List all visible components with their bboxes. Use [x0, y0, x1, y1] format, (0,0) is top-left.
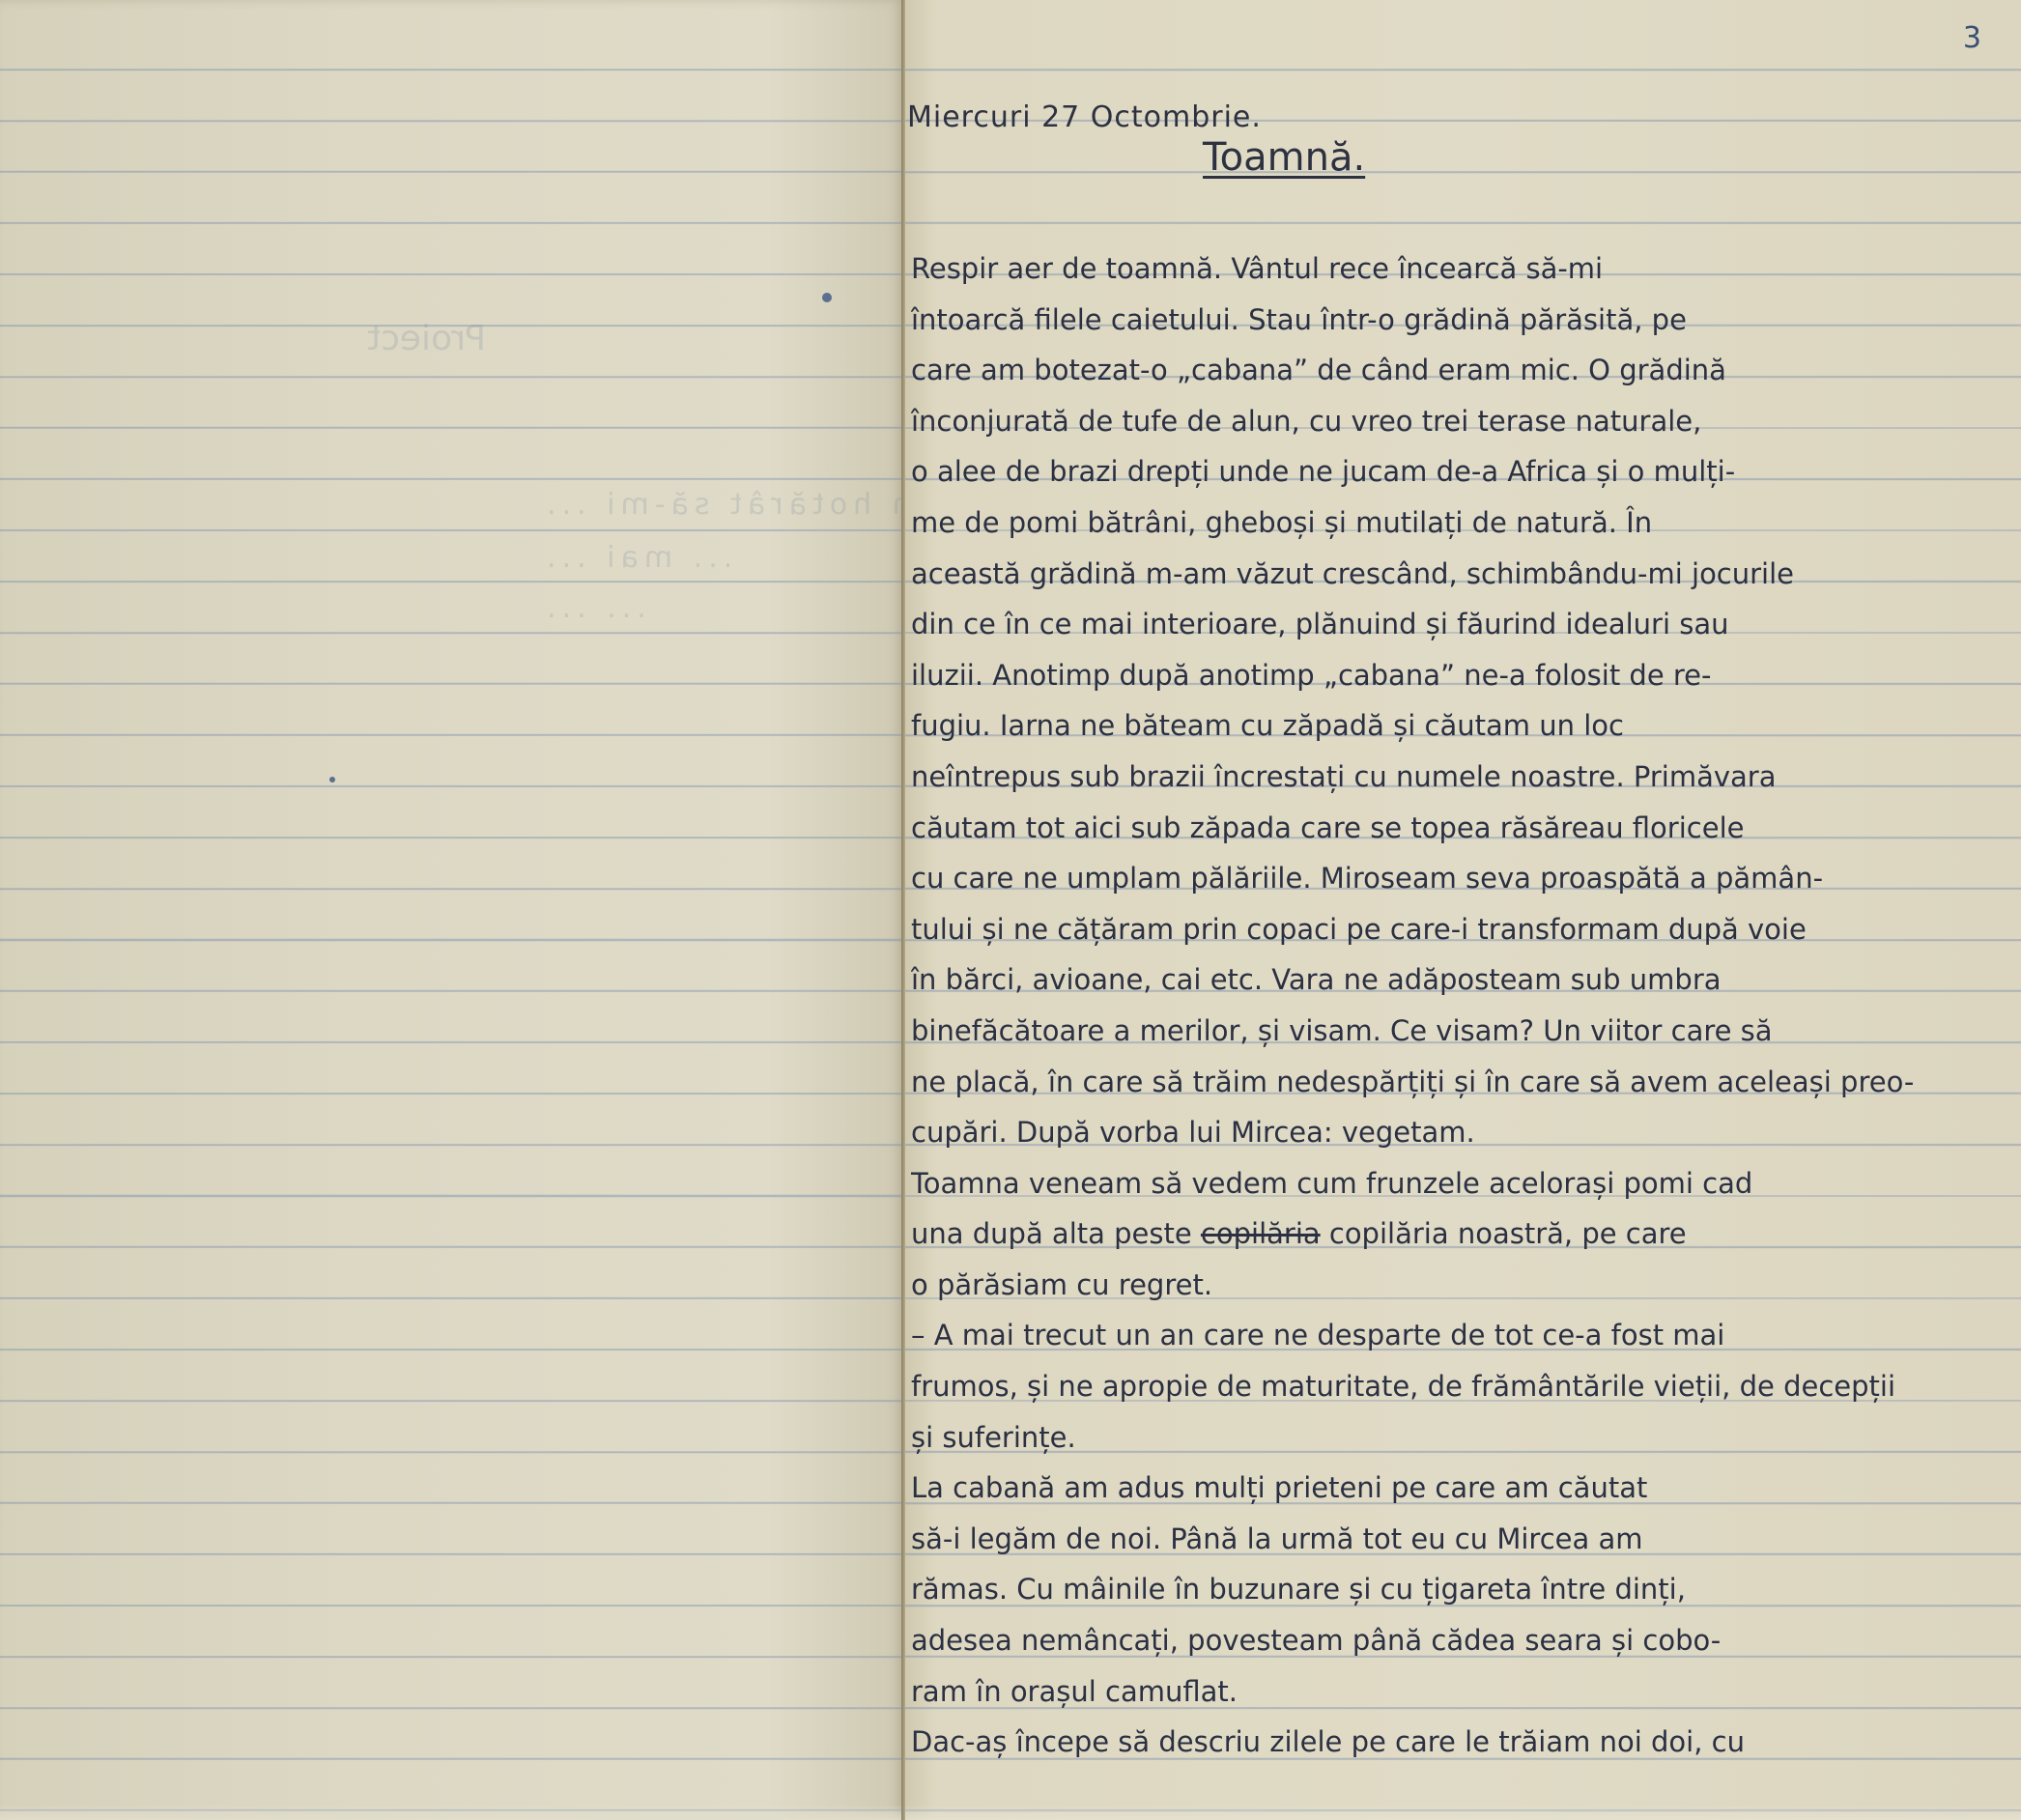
text-line: și suferințe.: [911, 1412, 2007, 1464]
text-line: iluzii. Anotimp după anotimp „cabana” ne…: [911, 650, 2007, 701]
text-line: fugiu. Iarna ne băteam cu zăpadă și căut…: [911, 700, 2007, 752]
text-line: din ce în ce mai interioare, plănuind și…: [911, 599, 2007, 650]
ink-spot: [329, 777, 335, 782]
text-line: cu care ne umplam pălăriile. Miroseam se…: [911, 853, 2007, 904]
text-line: ram în orașul camuflat.: [911, 1666, 2007, 1718]
text-line: o părăsiam cu regret.: [911, 1260, 2007, 1311]
text-line: frumos, și ne apropie de maturitate, de …: [911, 1361, 2007, 1412]
text-line: tului și ne cățăram prin copaci pe care-…: [911, 904, 2007, 955]
text-line: o alee de brazi drepți unde ne jucam de-…: [911, 446, 2007, 498]
text-line: binefăcătoare a merilor, și visam. Ce vi…: [911, 1006, 2007, 1057]
entry-title: Toamnă.: [1203, 135, 1365, 180]
text-line: întoarcă filele caietului. Stau într-o g…: [911, 295, 2007, 346]
text-line: în bărci, avioane, cai etc. Vara ne adăp…: [911, 954, 2007, 1006]
text-line: cupări. După vorba lui Mircea: vegetam.: [911, 1107, 2007, 1158]
ruled-lines: [0, 0, 903, 1820]
text-line: să-i legăm de noi. Până la urmă tot eu c…: [911, 1514, 2007, 1565]
page-number: 3: [1963, 14, 1982, 64]
show-through-line: ... ...: [541, 591, 646, 625]
text-line: care am botezat-o „cabana” de când eram …: [911, 345, 2007, 396]
entry-body: Respir aer de toamnă. Vântul rece încear…: [911, 243, 2007, 1768]
show-through-line: ... am hotărât să-mi ...: [541, 488, 903, 522]
show-through-line: ... mai ...: [541, 541, 732, 575]
text-line: La cabană am adus mulți prieteni pe care…: [911, 1463, 2007, 1514]
left-page: Proiect ... am hotărât să-mi ... ... mai…: [0, 0, 903, 1820]
struck-out-word: copilăria: [1201, 1217, 1321, 1250]
text-line: căutam tot aici sub zăpada care se topea…: [911, 803, 2007, 854]
text-line: această grădină m-am văzut crescând, sch…: [911, 549, 2007, 600]
text-line: me de pomi bătrâni, gheboși și mutilați …: [911, 498, 2007, 549]
text-line: adesea nemâncați, povesteam până cădea s…: [911, 1615, 2007, 1666]
ink-spot: [822, 293, 832, 302]
show-through-title: Proiect: [367, 319, 486, 358]
text-line-with-strikethrough: una după alta peste copilăria copilăria …: [911, 1209, 2007, 1260]
text-line: Respir aer de toamnă. Vântul rece încear…: [911, 243, 2007, 295]
text-line: neîntrepus sub brazii încrestați cu nume…: [911, 752, 2007, 803]
text-line: rămas. Cu mâinile în buzunare și cu țiga…: [911, 1564, 2007, 1615]
text-line: înconjurată de tufe de alun, cu vreo tre…: [911, 396, 2007, 447]
text-line: Toamna veneam să vedem cum frunzele acel…: [911, 1158, 2007, 1209]
page-bottom-edge: [0, 1805, 2021, 1820]
text-line: – A mai trecut un an care ne desparte de…: [911, 1310, 2007, 1361]
text-line: Dac-aș începe să descriu zilele pe care …: [911, 1717, 2007, 1768]
text-line: ne placă, în care să trăim nedespărțiți …: [911, 1057, 2007, 1108]
binding-gutter: [901, 0, 905, 1820]
